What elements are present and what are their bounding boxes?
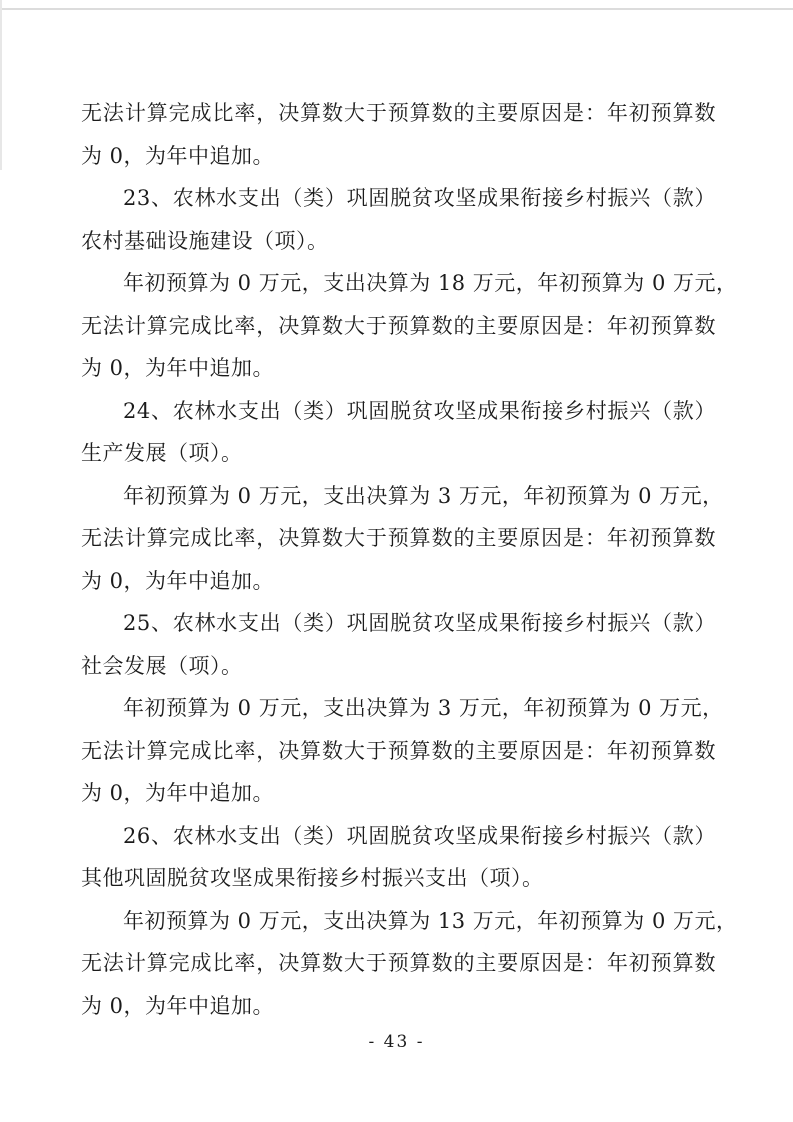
text-line: 年初预算为 0 万元，支出决算为 3 万元，年初预算为 0 万元， — [81, 687, 716, 730]
page-edge-shadow-left — [0, 0, 2, 170]
text-line: 年初预算为 0 万元，支出决算为 13 万元，年初预算为 0 万元， — [81, 900, 716, 943]
text-line: 年初预算为 0 万元，支出决算为 3 万元，年初预算为 0 万元， — [81, 475, 716, 518]
page-edge-shadow-top — [0, 8, 793, 10]
text-line: 为 0，为年中追加。 — [81, 560, 716, 603]
text-line: 23、农林水支出（类）巩固脱贫攻坚成果衔接乡村振兴（款） — [81, 177, 716, 220]
document-body: 无法计算完成比率，决算数大于预算数的主要原因是：年初预算数为 0，为年中追加。2… — [81, 92, 716, 1027]
text-line: 农村基础设施建设（项）。 — [81, 220, 716, 263]
text-line: 年初预算为 0 万元，支出决算为 18 万元，年初预算为 0 万元， — [81, 262, 716, 305]
text-line: 无法计算完成比率，决算数大于预算数的主要原因是：年初预算数 — [81, 730, 716, 773]
text-line: 为 0，为年中追加。 — [81, 985, 716, 1028]
text-line: 为 0，为年中追加。 — [81, 135, 716, 178]
page-number: - 43 - — [369, 1032, 425, 1052]
text-line: 24、农林水支出（类）巩固脱贫攻坚成果衔接乡村振兴（款） — [81, 390, 716, 433]
document-page: 无法计算完成比率，决算数大于预算数的主要原因是：年初预算数为 0，为年中追加。2… — [0, 0, 793, 1122]
text-line: 社会发展（项）。 — [81, 645, 716, 688]
text-line: 生产发展（项）。 — [81, 432, 716, 475]
text-line: 其他巩固脱贫攻坚成果衔接乡村振兴支出（项）。 — [81, 857, 716, 900]
text-line: 25、农林水支出（类）巩固脱贫攻坚成果衔接乡村振兴（款） — [81, 602, 716, 645]
text-line: 无法计算完成比率，决算数大于预算数的主要原因是：年初预算数 — [81, 92, 716, 135]
text-line: 为 0，为年中追加。 — [81, 347, 716, 390]
text-line: 为 0，为年中追加。 — [81, 772, 716, 815]
text-line: 无法计算完成比率，决算数大于预算数的主要原因是：年初预算数 — [81, 517, 716, 560]
text-line: 26、农林水支出（类）巩固脱贫攻坚成果衔接乡村振兴（款） — [81, 815, 716, 858]
text-line: 无法计算完成比率，决算数大于预算数的主要原因是：年初预算数 — [81, 942, 716, 985]
text-line: 无法计算完成比率，决算数大于预算数的主要原因是：年初预算数 — [81, 305, 716, 348]
page-footer: - 43 - — [0, 1030, 793, 1054]
